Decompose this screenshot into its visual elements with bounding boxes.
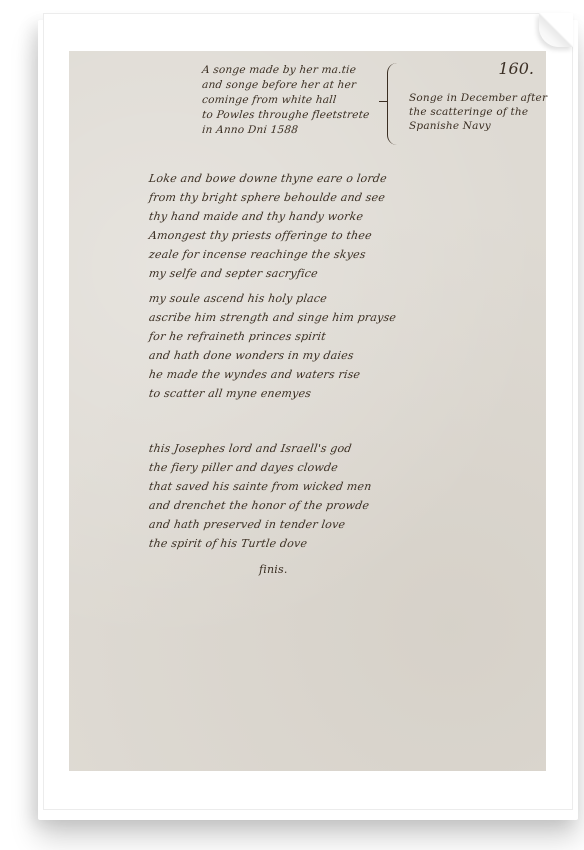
verse-line: Amongest thy priests offeringe to thee <box>148 226 389 245</box>
side-note-line: Songe in December after <box>409 91 547 105</box>
curly-brace <box>387 63 402 145</box>
side-note-line: the scatteringe of the <box>409 105 547 119</box>
verse-line: zeale for incense reachinge the skyes <box>148 245 389 264</box>
song-heading: A songe made by her ma.tie and songe bef… <box>202 63 369 138</box>
verse-line: my selfe and septer sacryfice <box>148 264 389 283</box>
verse-line: this Josephes lord and Israell's god <box>148 439 373 458</box>
stanza-1: Loke and bowe downe thyne eare o lorde f… <box>149 169 387 283</box>
heading-line: A songe made by her ma.tie <box>201 63 370 78</box>
verse-line: he made the wyndes and waters rise <box>148 365 398 384</box>
verse-line: from thy bright sphere behoulde and see <box>148 188 389 207</box>
side-note-line: Spanishe Navy <box>409 119 547 133</box>
verse-line: and hath done wonders in my daies <box>148 346 398 365</box>
folio-number: 160. <box>498 59 534 78</box>
heading-line: in Anno Dni 1588 <box>201 123 370 138</box>
verse-line: Loke and bowe downe thyne eare o lorde <box>148 169 389 188</box>
verse-line: thy hand maide and thy handy worke <box>148 207 389 226</box>
heading-line: cominge from white hall <box>201 93 370 108</box>
verse-line: for he refraineth princes spirit <box>148 327 398 346</box>
heading-line: to Powles throughe fleetstrete <box>201 108 370 123</box>
verse-line: that saved his sainte from wicked men <box>148 477 373 496</box>
verse-line: and drenchet the honor of the prowde <box>148 496 373 515</box>
verse-line: and hath preserved in tender love <box>148 515 373 534</box>
stanza-2: my soule ascend his holy place ascribe h… <box>149 289 396 403</box>
manuscript-page: 160. A songe made by her ma.tie and song… <box>69 51 546 771</box>
verse-line: to scatter all myne enemyes <box>148 384 398 403</box>
verse-line: the fiery piller and dayes clowde <box>148 458 373 477</box>
curled-corner <box>539 13 573 47</box>
finis-mark: finis. <box>259 563 288 576</box>
verse-line: the spirit of his Turtle dove <box>148 534 373 553</box>
verse-line: my soule ascend his holy place <box>148 289 398 308</box>
side-note: Songe in December after the scatteringe … <box>409 91 547 133</box>
stanza-3: this Josephes lord and Israell's god the… <box>149 439 372 553</box>
verse-line: ascribe him strength and singe him prays… <box>148 308 398 327</box>
framed-print: 160. A songe made by her ma.tie and song… <box>43 13 573 810</box>
heading-line: and songe before her at her <box>201 78 370 93</box>
